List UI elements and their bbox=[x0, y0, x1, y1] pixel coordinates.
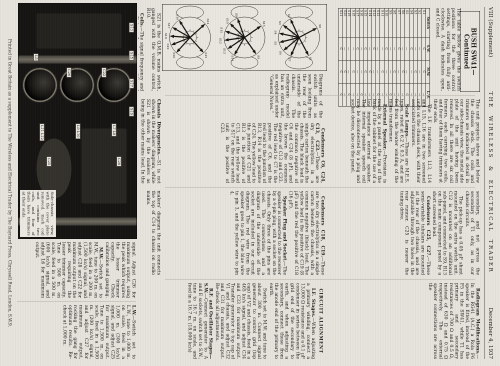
switch-table-row: S18—C— bbox=[351, 8, 355, 106]
column-rule-2 bbox=[165, 187, 475, 188]
header-rule bbox=[485, 7, 486, 359]
table-intro-paragraph: The table below gives the switch positio… bbox=[432, 8, 461, 91]
switch-table-row: S5——C bbox=[405, 8, 409, 106]
svg-text:S16: S16 bbox=[175, 14, 179, 20]
photo-callout-label: L7 L8 bbox=[112, 124, 117, 137]
coil-can bbox=[25, 70, 56, 101]
switch-wafer-diagram: S2S3S4S5S6S7S1S8 bbox=[273, 6, 325, 70]
photo-callout-label: S13 bbox=[129, 23, 134, 33]
svg-text:S20: S20 bbox=[172, 52, 176, 58]
chassis-divergencies-text: Chassis Divergencies.—S1 is not shown in… bbox=[138, 99, 161, 275]
column4-mid-text: CIRCUIT ALIGNMENTI.F. Stages.—When adjus… bbox=[164, 283, 325, 359]
column-rule-3 bbox=[165, 279, 475, 280]
column3-top-text: secondary, and not across the secondary … bbox=[330, 191, 480, 275]
switch-table-row: S10C—— bbox=[384, 8, 388, 106]
col-switch: Switch bbox=[426, 8, 430, 37]
switch-table-row: S14—C— bbox=[368, 8, 372, 106]
publication-title: THE WIRELESS & ELECTRICAL TRADER bbox=[488, 92, 495, 274]
svg-text:S11: S11 bbox=[220, 27, 224, 33]
switch-table-row: S11—C— bbox=[380, 8, 384, 106]
photo-callout-label: S17 bbox=[129, 79, 134, 89]
svg-text:S10: S10 bbox=[225, 18, 229, 24]
photo-callout-label: L5 bbox=[34, 54, 39, 62]
switch-table-row: S20—C— bbox=[343, 8, 347, 106]
svg-text:S1: S1 bbox=[308, 57, 312, 61]
column4-top-text: Radiogram Modifications.—In the RG41 (A.… bbox=[330, 283, 480, 359]
svg-text:S8: S8 bbox=[256, 55, 260, 59]
svg-text:S3: S3 bbox=[278, 21, 282, 25]
switch-table-row: S13C—— bbox=[372, 8, 376, 106]
column-rule-4 bbox=[17, 301, 136, 302]
column2-mid-text: Condensers C6, C24, C13, C23.—These are … bbox=[164, 123, 325, 183]
switch-table-row: S3—C— bbox=[413, 8, 417, 106]
photo-callout-label: S15 bbox=[129, 51, 134, 61]
switch-wafer-diagram: S16S17S18S19S20S15S21 bbox=[164, 6, 216, 70]
svg-text:S15: S15 bbox=[262, 21, 266, 27]
switch-unit-diagrams: S2S3S4S5S6S7S1S8S9S10S11S12S13S14S8S15S1… bbox=[162, 4, 327, 71]
switch-table-row: S6—C— bbox=[401, 8, 405, 106]
switch-table-row: S12——C bbox=[376, 8, 380, 106]
model-title-box: BUSH SW41—Continued bbox=[460, 11, 480, 92]
photo-callout-label: C22 bbox=[102, 68, 107, 78]
svg-text:S13: S13 bbox=[223, 48, 227, 54]
scanned-trade-sheet: VIII (Supplement) THE WIRELESS & ELECTRI… bbox=[0, 0, 500, 366]
svg-text:S19: S19 bbox=[166, 44, 170, 50]
switch-wafer-diagram: S9S10S11S12S13S14S8S15 bbox=[219, 6, 271, 70]
printer-imprint: Printed in Great Britain as a supplement… bbox=[7, 7, 12, 359]
switch-table-row: S2——— bbox=[417, 8, 421, 106]
svg-text:S9: S9 bbox=[234, 13, 238, 17]
switch-positions-table: Switch S.W. M.W. L.W. S1CC—S2———S3—C—S4C… bbox=[338, 8, 430, 107]
switch-table-row: S8—C— bbox=[392, 8, 396, 106]
photo-callout-label: L9 L10 bbox=[76, 124, 81, 139]
svg-text:S15: S15 bbox=[204, 52, 208, 58]
col-sw: S.W. bbox=[426, 37, 430, 60]
switch-table-row: S4C—— bbox=[409, 8, 413, 106]
svg-text:S4: S4 bbox=[274, 31, 278, 35]
switch-table-row: S15CC— bbox=[363, 8, 367, 106]
switch-table-row: S21CCC bbox=[338, 8, 342, 106]
switch-table-row: S7C—— bbox=[397, 8, 401, 106]
bottom-right-column-a: signal. Adjust C26 for maximum output, u… bbox=[16, 242, 136, 298]
switch-table-row: S16——C bbox=[359, 8, 363, 106]
switch-table-row: S19——C bbox=[347, 8, 351, 106]
col1-notes: S21 is the Q.M.B. mains switch, ganged w… bbox=[138, 8, 161, 91]
column3-mid-text: Condensers C18, C19.—These are two dry e… bbox=[164, 191, 325, 275]
chassis-part bbox=[37, 14, 122, 49]
column-rule-1 bbox=[165, 95, 475, 96]
photo-callout-label: C28 bbox=[117, 157, 122, 167]
page-number: VIII (Supplement) bbox=[488, 7, 495, 57]
svg-text:S8: S8 bbox=[318, 24, 322, 28]
svg-text:S18: S18 bbox=[164, 33, 168, 39]
rotated-page: VIII (Supplement) THE WIRELESS & ELECTRI… bbox=[0, 0, 500, 366]
svg-text:S5: S5 bbox=[274, 41, 278, 45]
issue-date: December 4, 1937 bbox=[488, 308, 495, 359]
photo-callout-label: C25 bbox=[47, 157, 52, 167]
col-mw: M.W. bbox=[426, 60, 430, 83]
svg-text:S12: S12 bbox=[219, 38, 223, 44]
chassis-photograph: Side-chassis view, with the cover plate … bbox=[18, 3, 137, 239]
page-header: VIII (Supplement) THE WIRELESS & ELECTRI… bbox=[488, 7, 495, 359]
switch-table-row: S9——C bbox=[388, 8, 392, 106]
svg-text:S17: S17 bbox=[167, 23, 171, 29]
photo-callout-label: C26 bbox=[67, 68, 72, 78]
figure-caption: Diagrams of the switch units as seen loo… bbox=[268, 74, 323, 118]
svg-text:S2: S2 bbox=[287, 14, 291, 18]
bottom-right-column-b: L.W.—Switch set to L.W., tune to 1,000 m… bbox=[16, 305, 136, 359]
photo-callout-label: S19 bbox=[129, 107, 134, 117]
switch-table-header: Switch S.W. M.W. L.W. bbox=[426, 8, 430, 106]
photo-callout-label: L11 L12 bbox=[40, 124, 45, 142]
switch-table-row: S17C—— bbox=[355, 8, 359, 106]
svg-text:S14: S14 bbox=[231, 55, 235, 61]
svg-text:S21: S21 bbox=[206, 19, 210, 25]
svg-text:S6: S6 bbox=[279, 51, 283, 55]
svg-text:S7: S7 bbox=[287, 57, 291, 61]
column2-top-text: This unit projects above and below the c… bbox=[330, 99, 480, 183]
photo-caption: Side-chassis view, with the cover plate … bbox=[20, 190, 56, 237]
